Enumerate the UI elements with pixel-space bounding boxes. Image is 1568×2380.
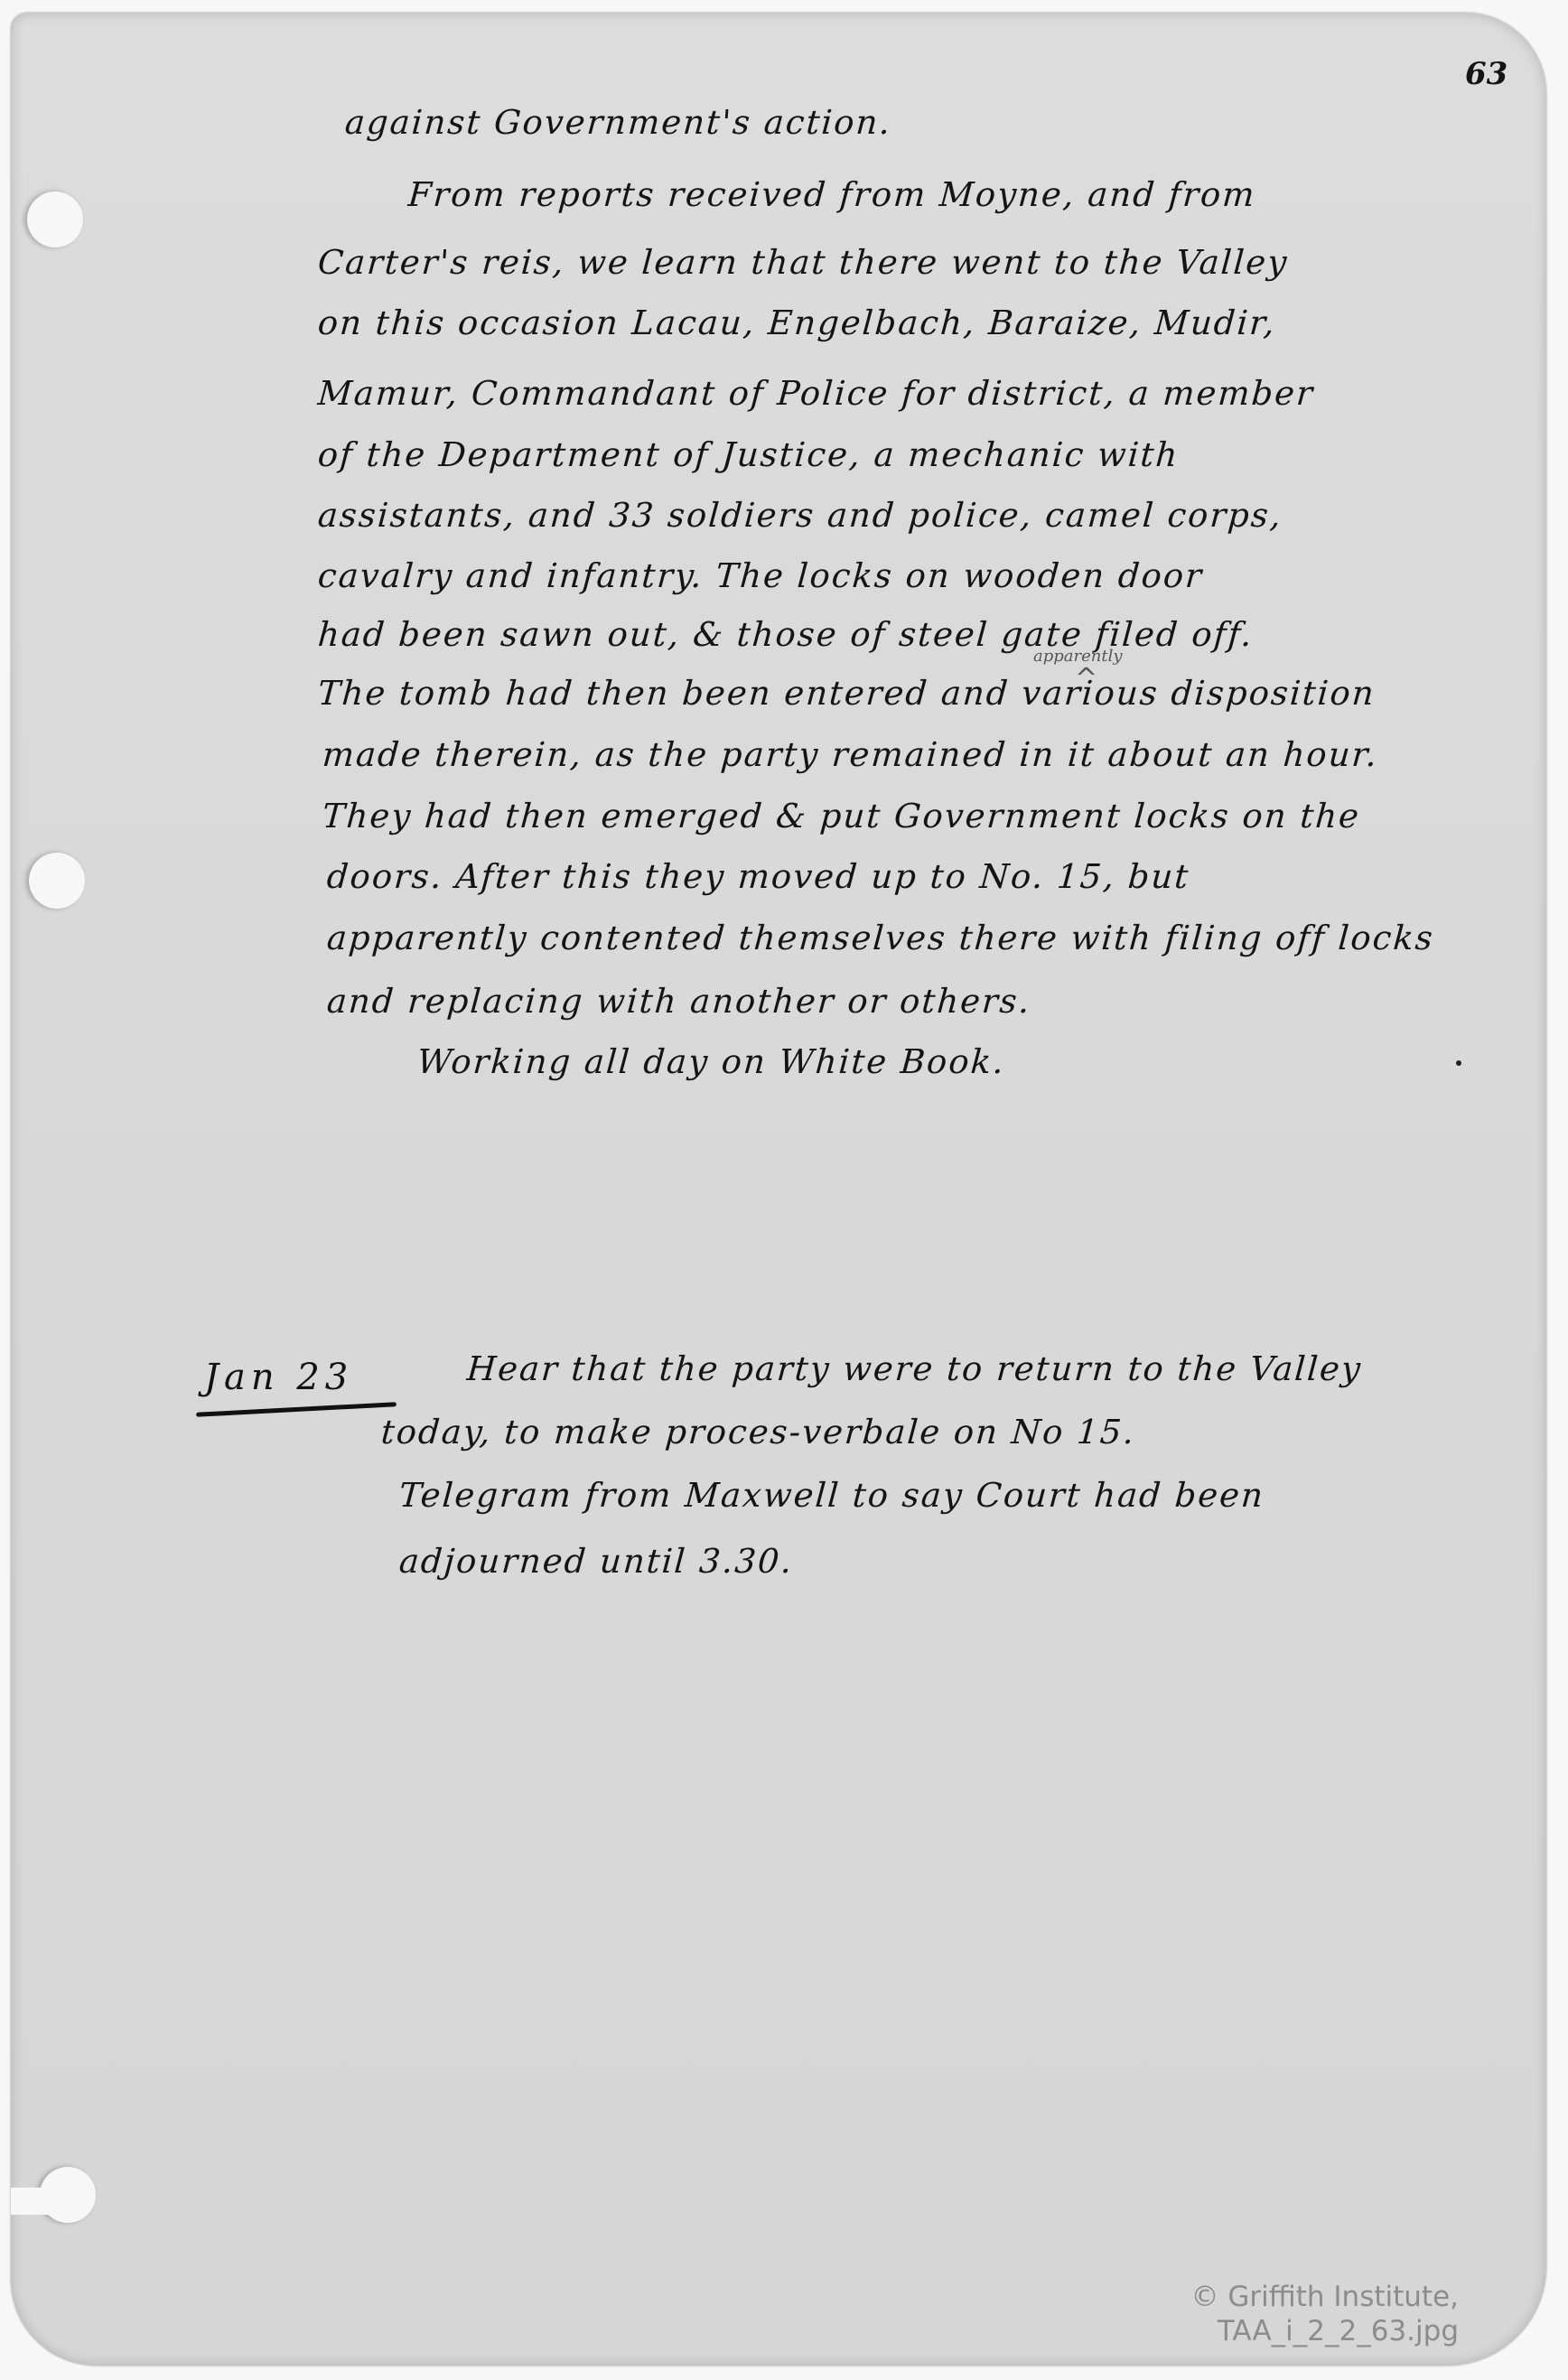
handwritten-line: Telegram from Maxwell to say Court had b… <box>397 1476 1265 1515</box>
page-number: 63 <box>1465 56 1507 92</box>
handwritten-line: on this occasion Lacau, Engelbach, Barai… <box>316 303 1277 342</box>
handwritten-line: The tomb had then been entered and vario… <box>316 674 1377 713</box>
handwritten-line: Working all day on White Book. <box>415 1042 1006 1081</box>
handwritten-line: Mamur, Commandant of Police for district… <box>316 374 1315 413</box>
handwritten-line: assistants, and 33 soldiers and police, … <box>316 496 1283 535</box>
copyright-watermark: © Griffith Institute, <box>1191 2280 1459 2314</box>
entry-date: Jan 23 <box>204 1357 353 1398</box>
handwritten-line: From reports received from Moyne, and fr… <box>406 175 1257 214</box>
punch-hole <box>29 853 85 909</box>
handwritten-line: made therein, as the party remained in i… <box>321 735 1379 774</box>
handwritten-line: and replacing with another or others. <box>325 982 1032 1021</box>
punch-hole <box>27 191 83 247</box>
handwritten-line: adjourned until 3.30. <box>397 1542 794 1581</box>
handwritten-line: today, to make proces-verbale on No 15. <box>379 1413 1136 1451</box>
torn-notch <box>11 2188 56 2215</box>
handwritten-line: Carter's reis, we learn that there went … <box>316 243 1289 282</box>
handwritten-line: They had then emerged & put Government l… <box>321 797 1361 835</box>
handwritten-line: apparently contented themselves there wi… <box>325 919 1435 957</box>
diary-page: 63 against Government's action. From rep… <box>11 13 1546 2366</box>
handwritten-line: against Government's action. <box>343 103 892 142</box>
date-underline <box>196 1402 397 1417</box>
filename-watermark: TAA_i_2_2_63.jpg <box>1218 2314 1459 2348</box>
handwritten-line: of the Department of Justice, a mechanic… <box>316 435 1180 474</box>
handwritten-line: cavalry and infantry. The locks on woode… <box>316 556 1204 595</box>
ink-dot <box>1456 1060 1461 1066</box>
handwritten-line: Hear that the party were to return to th… <box>465 1349 1363 1388</box>
handwritten-line: doors. After this they moved up to No. 1… <box>325 857 1190 896</box>
